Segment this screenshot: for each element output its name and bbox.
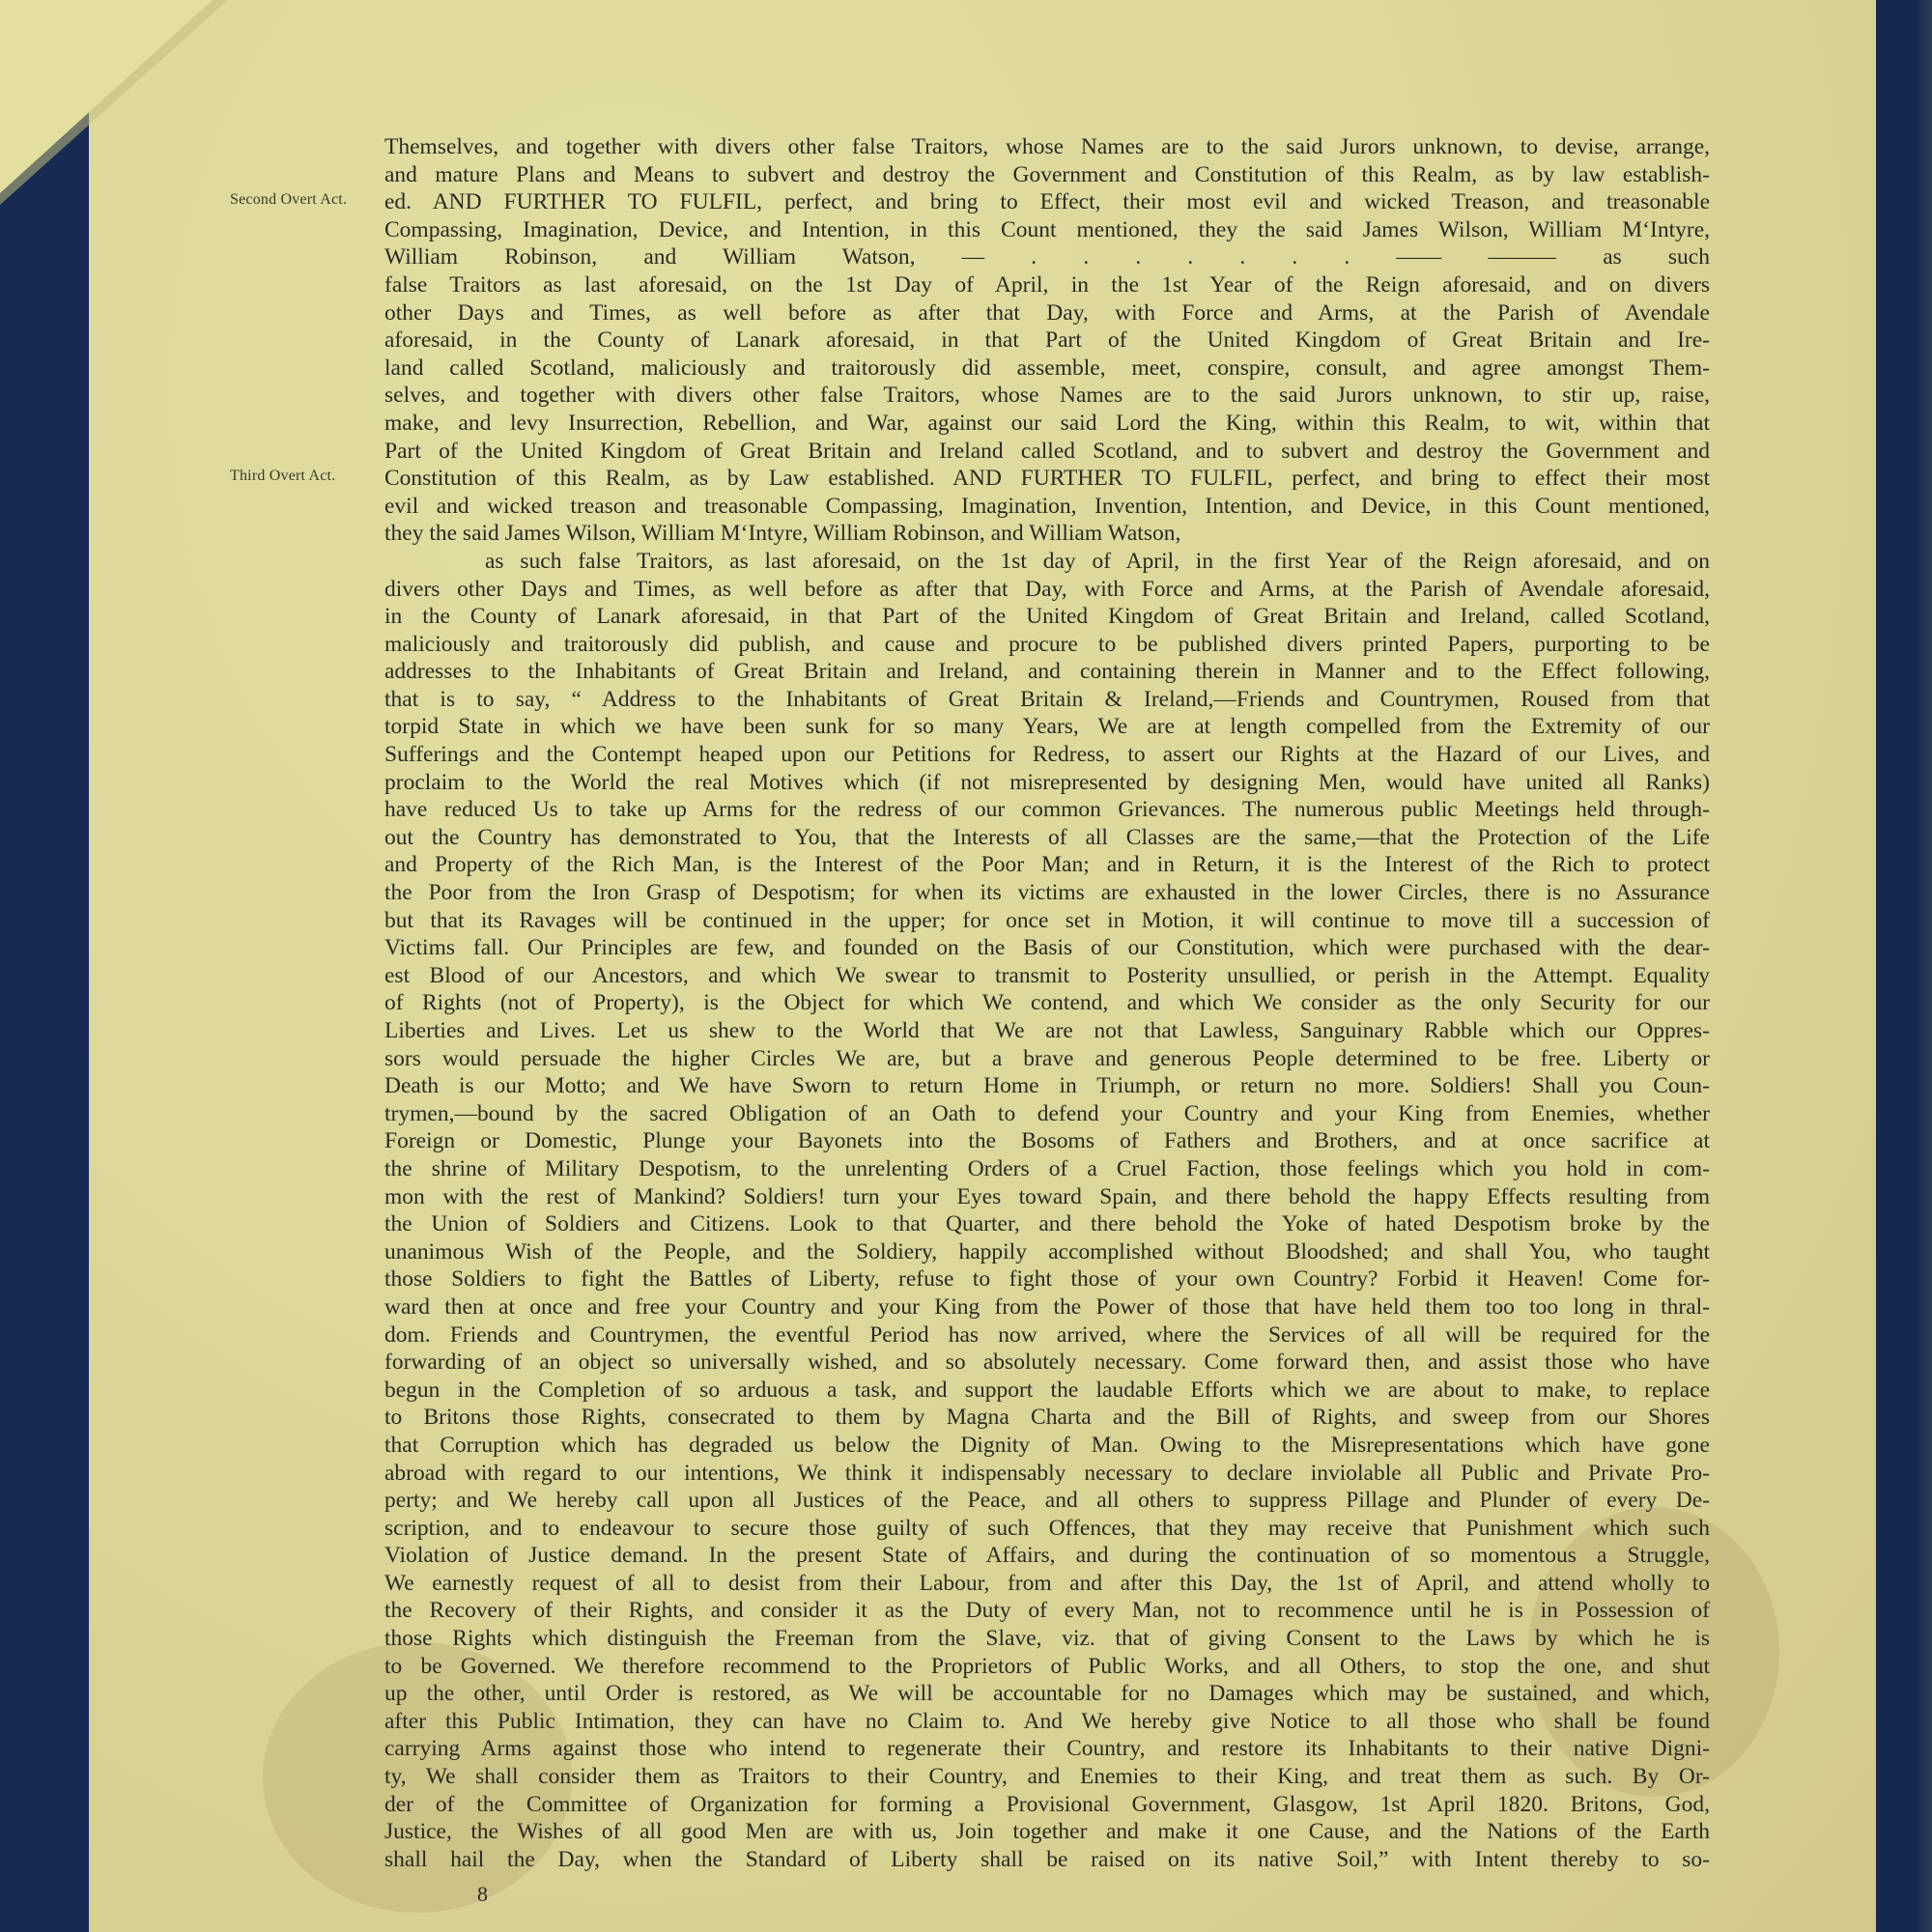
text-line: Death is our Motto; and We have Sworn to…	[384, 1072, 1710, 1100]
document-body: Themselves, and together with divers oth…	[384, 133, 1710, 1873]
margin-note-third-overt-act: Third Overt Act.	[230, 468, 335, 485]
text-line: begun in the Completion of so arduous a …	[384, 1377, 1710, 1405]
text-line: but that its Ravages will be continued i…	[384, 907, 1710, 935]
text-line: Compassing, Imagination, Device, and Int…	[384, 216, 1710, 244]
text-line: to Britons those Rights, consecrated to …	[384, 1404, 1710, 1432]
text-line: and Property of the Rich Man, is the Int…	[384, 851, 1710, 879]
text-line: addresses to the Inhabitants of Great Br…	[384, 658, 1710, 686]
text-line: aforesaid, in the County of Lanark afore…	[384, 327, 1710, 355]
text-line: other Days and Times, as well before as …	[384, 299, 1710, 327]
text-line: as such false Traitors, as last aforesai…	[384, 548, 1710, 576]
text-line: that is to say, “ Address to the Inhabit…	[384, 686, 1710, 714]
text-line: ward then at once and free your Country …	[384, 1293, 1710, 1321]
text-line: shall hail the Day, when the Standard of…	[384, 1846, 1710, 1874]
text-line: Part of the United Kingdom of Great Brit…	[384, 438, 1710, 466]
text-line: ed. AND FURTHER TO FULFIL, perfect, and …	[384, 188, 1710, 216]
text-line: selves, and together with divers other f…	[384, 382, 1710, 410]
text-line: forwarding of an object so universally w…	[384, 1349, 1710, 1377]
text-line: Sufferings and the Contempt heaped upon …	[384, 741, 1710, 769]
text-line: Foreign or Domestic, Plunge your Bayonet…	[384, 1127, 1710, 1155]
text-line: have reduced Us to take up Arms for the …	[384, 796, 1710, 824]
text-line: false Traitors as last aforesaid, on the…	[384, 271, 1710, 299]
text-line: to be Governed. We therefore recommend t…	[384, 1653, 1710, 1681]
text-line: unanimous Wish of the People, and the So…	[384, 1238, 1710, 1266]
text-line: Victims fall. Our Principles are few, an…	[384, 934, 1710, 962]
text-line: Themselves, and together with divers oth…	[384, 133, 1710, 161]
text-line: mon with the rest of Mankind? Soldiers! …	[384, 1183, 1710, 1211]
page-number: 8	[477, 1882, 488, 1907]
margin-note-second-overt-act: Second Overt Act.	[230, 191, 347, 209]
text-line: of Rights (not of Property), is the Obje…	[384, 989, 1710, 1017]
text-line: trymen,—bound by the sacred Obligation o…	[384, 1100, 1710, 1128]
text-line: in the County of Lanark aforesaid, in th…	[384, 603, 1710, 631]
text-line: they the said James Wilson, William M‘In…	[384, 520, 1710, 548]
text-line: land called Scotland, maliciously and tr…	[384, 355, 1710, 383]
text-line: abroad with regard to our intentions, We…	[384, 1460, 1710, 1488]
text-line: evil and wicked treason and treasonable …	[384, 493, 1710, 521]
text-line: those Soldiers to fight the Battles of L…	[384, 1265, 1710, 1293]
text-line: and mature Plans and Means to subvert an…	[384, 161, 1710, 189]
text-line: Constitution of this Realm, as by Law es…	[384, 465, 1710, 493]
text-line: William Robinson, and William Watson, — …	[384, 243, 1710, 271]
text-line: der of the Committee of Organization for…	[384, 1791, 1710, 1819]
text-line: the Poor from the Iron Grasp of Despotis…	[384, 879, 1710, 907]
text-line: We earnestly request of all to desist fr…	[384, 1570, 1710, 1598]
text-line: Liberties and Lives. Let us shew to the …	[384, 1017, 1710, 1045]
text-line: ty, We shall consider them as Traitors t…	[384, 1763, 1710, 1791]
text-line: sors would persuade the higher Circles W…	[384, 1045, 1710, 1073]
text-line: those Rights which distinguish the Freem…	[384, 1625, 1710, 1653]
text-line: Justice, the Wishes of all good Men are …	[384, 1818, 1710, 1846]
text-line: dom. Friends and Countrymen, the eventfu…	[384, 1321, 1710, 1350]
text-line: that Corruption which has degraded us be…	[384, 1432, 1710, 1460]
text-line: torpid State in which we have been sunk …	[384, 713, 1710, 741]
text-line: proclaim to the World the real Motives w…	[384, 769, 1710, 797]
text-line: scription, and to endeavour to secure th…	[384, 1515, 1710, 1543]
text-line: perty; and We hereby call upon all Justi…	[384, 1487, 1710, 1515]
text-line: divers other Days and Times, as well bef…	[384, 576, 1710, 604]
text-line: carrying Arms against those who intend t…	[384, 1735, 1710, 1763]
text-line: the Recovery of their Rights, and consid…	[384, 1597, 1710, 1625]
page-edge-stain	[1915, 0, 1932, 1932]
text-line: make, and levy Insurrection, Rebellion, …	[384, 410, 1710, 438]
text-line: Violation of Justice demand. In the pres…	[384, 1542, 1710, 1570]
text-line: after this Public Intimation, they can h…	[384, 1708, 1710, 1736]
text-line: est Blood of our Ancestors, and which We…	[384, 962, 1710, 990]
text-line: up the other, until Order is restored, a…	[384, 1680, 1710, 1708]
text-line: the shrine of Military Despotism, to the…	[384, 1155, 1710, 1183]
text-line: maliciously and traitorously did publish…	[384, 631, 1710, 659]
text-line: out the Country has demonstrated to You,…	[384, 824, 1710, 852]
background-left	[0, 0, 97, 1932]
text-line: the Union of Soldiers and Citizens. Look…	[384, 1210, 1710, 1238]
